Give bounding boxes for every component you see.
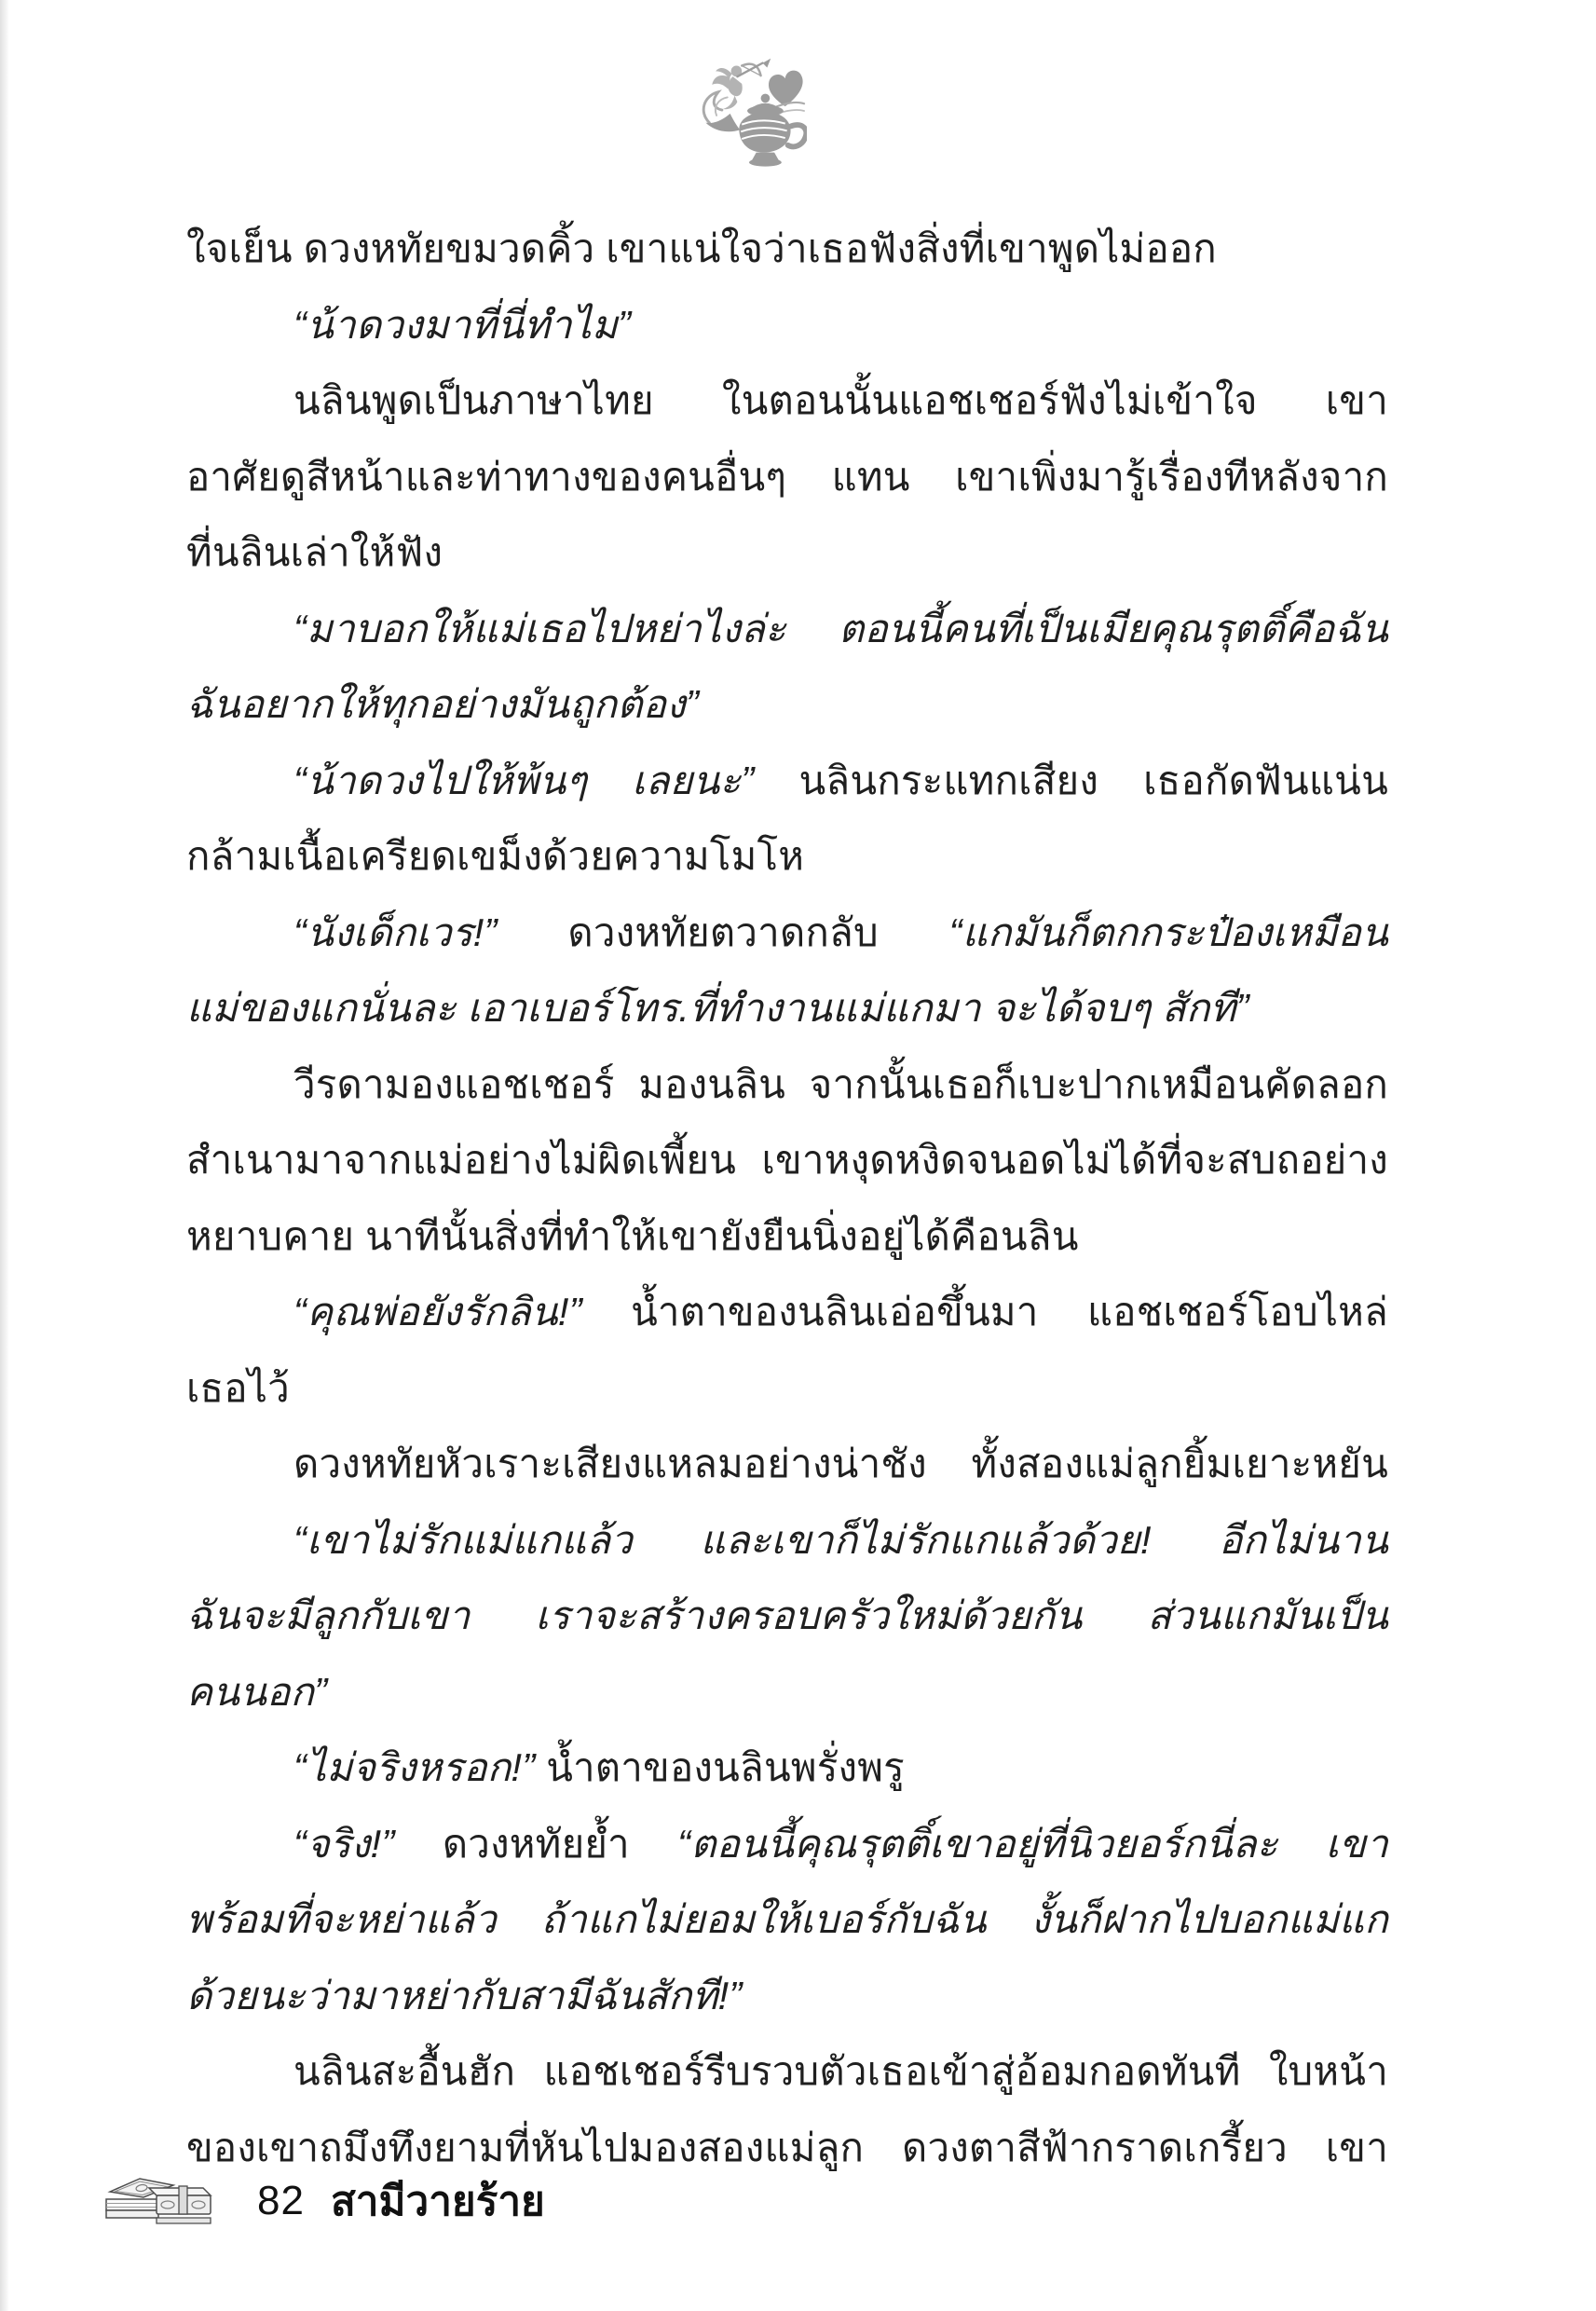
text-line: ดวงหทัยหัวเราะเสียงแหลมอย่างน่าชัง ทั้งส…: [186, 1426, 1388, 1502]
narration-text: สำเนามาจากแม่อย่างไม่ผิดเพี้ยน เขาหงุดหง…: [186, 1138, 1388, 1182]
text-line: นลินพูดเป็นภาษาไทย ในตอนนั้นแอชเชอร์ฟังไ…: [186, 362, 1388, 439]
text-line: หยาบคาย นาทีนั้นสิ่งที่ทำให้เขายังยืนนิ่…: [186, 1198, 1388, 1275]
narration-text: วีรดามองแอชเชอร์ มองนลิน จากนั้นเธอก็เบะ…: [293, 1062, 1388, 1106]
text-line: “นังเด็กเวร!” ดวงหทัยตวาดกลับ “แกมันก็ตก…: [186, 895, 1388, 971]
page-text: ใจเย็น ดวงหทัยขมวดคิ้ว เขาแน่ใจว่าเธอฟัง…: [186, 211, 1388, 2185]
dialogue-text: “เขาไม่รักแม่แกแล้ว และเขาก็ไม่รักแกแล้ว…: [293, 1518, 1388, 1562]
dialogue-text: “มาบอกให้แม่เธอไปหย่าไงล่ะ ตอนนี้คนที่เป…: [293, 607, 1388, 650]
text-line: “คุณพ่อยังรักลิน!” น้ำตาของนลินเอ่อขึ้นม…: [186, 1274, 1388, 1350]
genie-lamp: [705, 94, 806, 167]
dialogue-text: “นังเด็กเวร!”: [293, 910, 498, 954]
dialogue-text: “คุณพ่อยังรักลิน!”: [293, 1290, 582, 1333]
text-line: “ไม่จริงหรอก!” น้ำตาของนลินพรั่งพรู: [186, 1730, 1388, 1806]
narration-text: นลินพูดเป็นภาษาไทย ในตอนนั้นแอชเชอร์ฟังไ…: [293, 378, 1388, 422]
text-line: ที่นลินเล่าให้ฟัง: [186, 514, 1388, 591]
text-line: ฉันจะมีลูกกับเขา เราจะสร้างครอบครัวใหม่ด…: [186, 1578, 1388, 1654]
dialogue-text: ฉันอยากให้ทุกอย่างมันถูกต้อง”: [186, 682, 699, 726]
narration-text: น้ำตาของนลินเอ่อขึ้นมา แอชเชอร์โอบไหล่: [582, 1290, 1388, 1333]
text-line: พร้อมที่จะหย่าแล้ว ถ้าแกไม่ยอมให้เบอร์กั…: [186, 1881, 1388, 1958]
text-line: กล้ามเนื้อเครียดเขม็งด้วยความโมโห: [186, 818, 1388, 895]
narration-text: เธอไว้: [186, 1366, 290, 1410]
narration-text: น้ำตาของนลินพรั่งพรู: [535, 1745, 904, 1789]
narration-text: ดวงหทัยตวาดกลับ: [498, 910, 949, 954]
page-number: 82: [257, 2178, 305, 2224]
text-line: นลินสะอื้นฮัก แอชเชอร์รีบรวบตัวเธอเข้าสู…: [186, 2033, 1388, 2110]
book-title: สามีวายร้าย: [331, 2168, 545, 2234]
text-line: ด้วยนะว่ามาหย่ากับสามีฉันสักที!”: [186, 1958, 1388, 2034]
dialogue-text: แม่ของแกนั่นละ เอาเบอร์โทร.ที่ทำงานแม่แก…: [186, 986, 1249, 1030]
narration-text: อาศัยดูสีหน้าและท่าทางของคนอื่นๆ แทน เขา…: [186, 455, 1388, 499]
text-line: สำเนามาจากแม่อย่างไม่ผิดเพี้ยน เขาหงุดหง…: [186, 1122, 1388, 1198]
text-line: วีรดามองแอชเชอร์ มองนลิน จากนั้นเธอก็เบะ…: [186, 1046, 1388, 1123]
dialogue-text: ด้วยนะว่ามาหย่ากับสามีฉันสักที!”: [186, 1974, 743, 2017]
text-line: อาศัยดูสีหน้าและท่าทางของคนอื่นๆ แทน เขา…: [186, 439, 1388, 515]
narration-text: ดวงหทัยหัวเราะเสียงแหลมอย่างน่าชัง ทั้งส…: [293, 1442, 1388, 1485]
money-stacks-icon: [101, 2171, 214, 2231]
narration-text: ดวงหทัยย้ำ: [395, 1822, 678, 1866]
narration-text: นลินกระแทกเสียง เธอกัดฟันแน่น: [754, 759, 1388, 802]
narration-text: ใจเย็น ดวงหทัยขมวดคิ้ว เขาแน่ใจว่าเธอฟัง…: [186, 226, 1217, 270]
text-line: ฉันอยากให้ทุกอย่างมันถูกต้อง”: [186, 666, 1388, 743]
narration-text: นลินสะอื้นฮัก แอชเชอร์รีบรวบตัวเธอเข้าสู…: [293, 2049, 1388, 2093]
dialogue-text: “จริง!”: [293, 1822, 395, 1866]
narration-text: กล้ามเนื้อเครียดเขม็งด้วยความโมโห: [186, 834, 804, 878]
text-line: “มาบอกให้แม่เธอไปหย่าไงล่ะ ตอนนี้คนที่เป…: [186, 591, 1388, 667]
book-page: ใจเย็น ดวงหทัยขมวดคิ้ว เขาแน่ใจว่าเธอฟัง…: [0, 0, 1596, 2311]
text-line: คนนอก”: [186, 1654, 1388, 1730]
dialogue-text: “แกมันก็ตกกระป๋องเหมือน: [949, 910, 1388, 954]
text-line: เธอไว้: [186, 1350, 1388, 1427]
dialogue-text: “น้าดวงมาที่นี่ทำไม”: [293, 303, 631, 347]
text-line: “น้าดวงไปให้พ้นๆ เลยนะ” นลินกระแทกเสียง …: [186, 743, 1388, 819]
page-footer: 82 สามีวายร้าย: [101, 2169, 545, 2233]
text-line: “จริง!” ดวงหทัยย้ำ “ตอนนี้คุณรุตติ์เขาอย…: [186, 1806, 1388, 1882]
dialogue-text: คนนอก”: [186, 1670, 327, 1714]
text-line: “น้าดวงมาที่นี่ทำไม”: [186, 287, 1388, 363]
narration-text: หยาบคาย นาทีนั้นสิ่งที่ทำให้เขายังยืนนิ่…: [186, 1214, 1079, 1258]
cupid-figure: [712, 66, 742, 110]
text-line: ใจเย็น ดวงหทัยขมวดคิ้ว เขาแน่ใจว่าเธอฟัง…: [186, 211, 1388, 287]
dialogue-text: “น้าดวงไปให้พ้นๆ เลยนะ”: [293, 759, 754, 802]
narration-text: ของเขาถมึงทึงยามที่หันไปมองสองแม่ลูก ดวง…: [186, 2126, 1388, 2169]
text-line: แม่ของแกนั่นละ เอาเบอร์โทร.ที่ทำงานแม่แก…: [186, 970, 1388, 1046]
heart-shape: [769, 71, 803, 107]
cupid-genie-lamp-ornament: [689, 50, 807, 171]
narration-text: ที่นลินเล่าให้ฟัง: [186, 530, 443, 574]
text-line: “เขาไม่รักแม่แกแล้ว และเขาก็ไม่รักแกแล้ว…: [186, 1502, 1388, 1579]
dialogue-text: ฉันจะมีลูกกับเขา เราจะสร้างครอบครัวใหม่ด…: [186, 1593, 1388, 1637]
dialogue-text: พร้อมที่จะหย่าแล้ว ถ้าแกไม่ยอมให้เบอร์กั…: [186, 1897, 1388, 1941]
dialogue-text: “ไม่จริงหรอก!”: [293, 1745, 535, 1789]
dialogue-text: “ตอนนี้คุณรุตติ์เขาอยู่ที่นิวยอร์กนี่ละ …: [677, 1822, 1388, 1866]
